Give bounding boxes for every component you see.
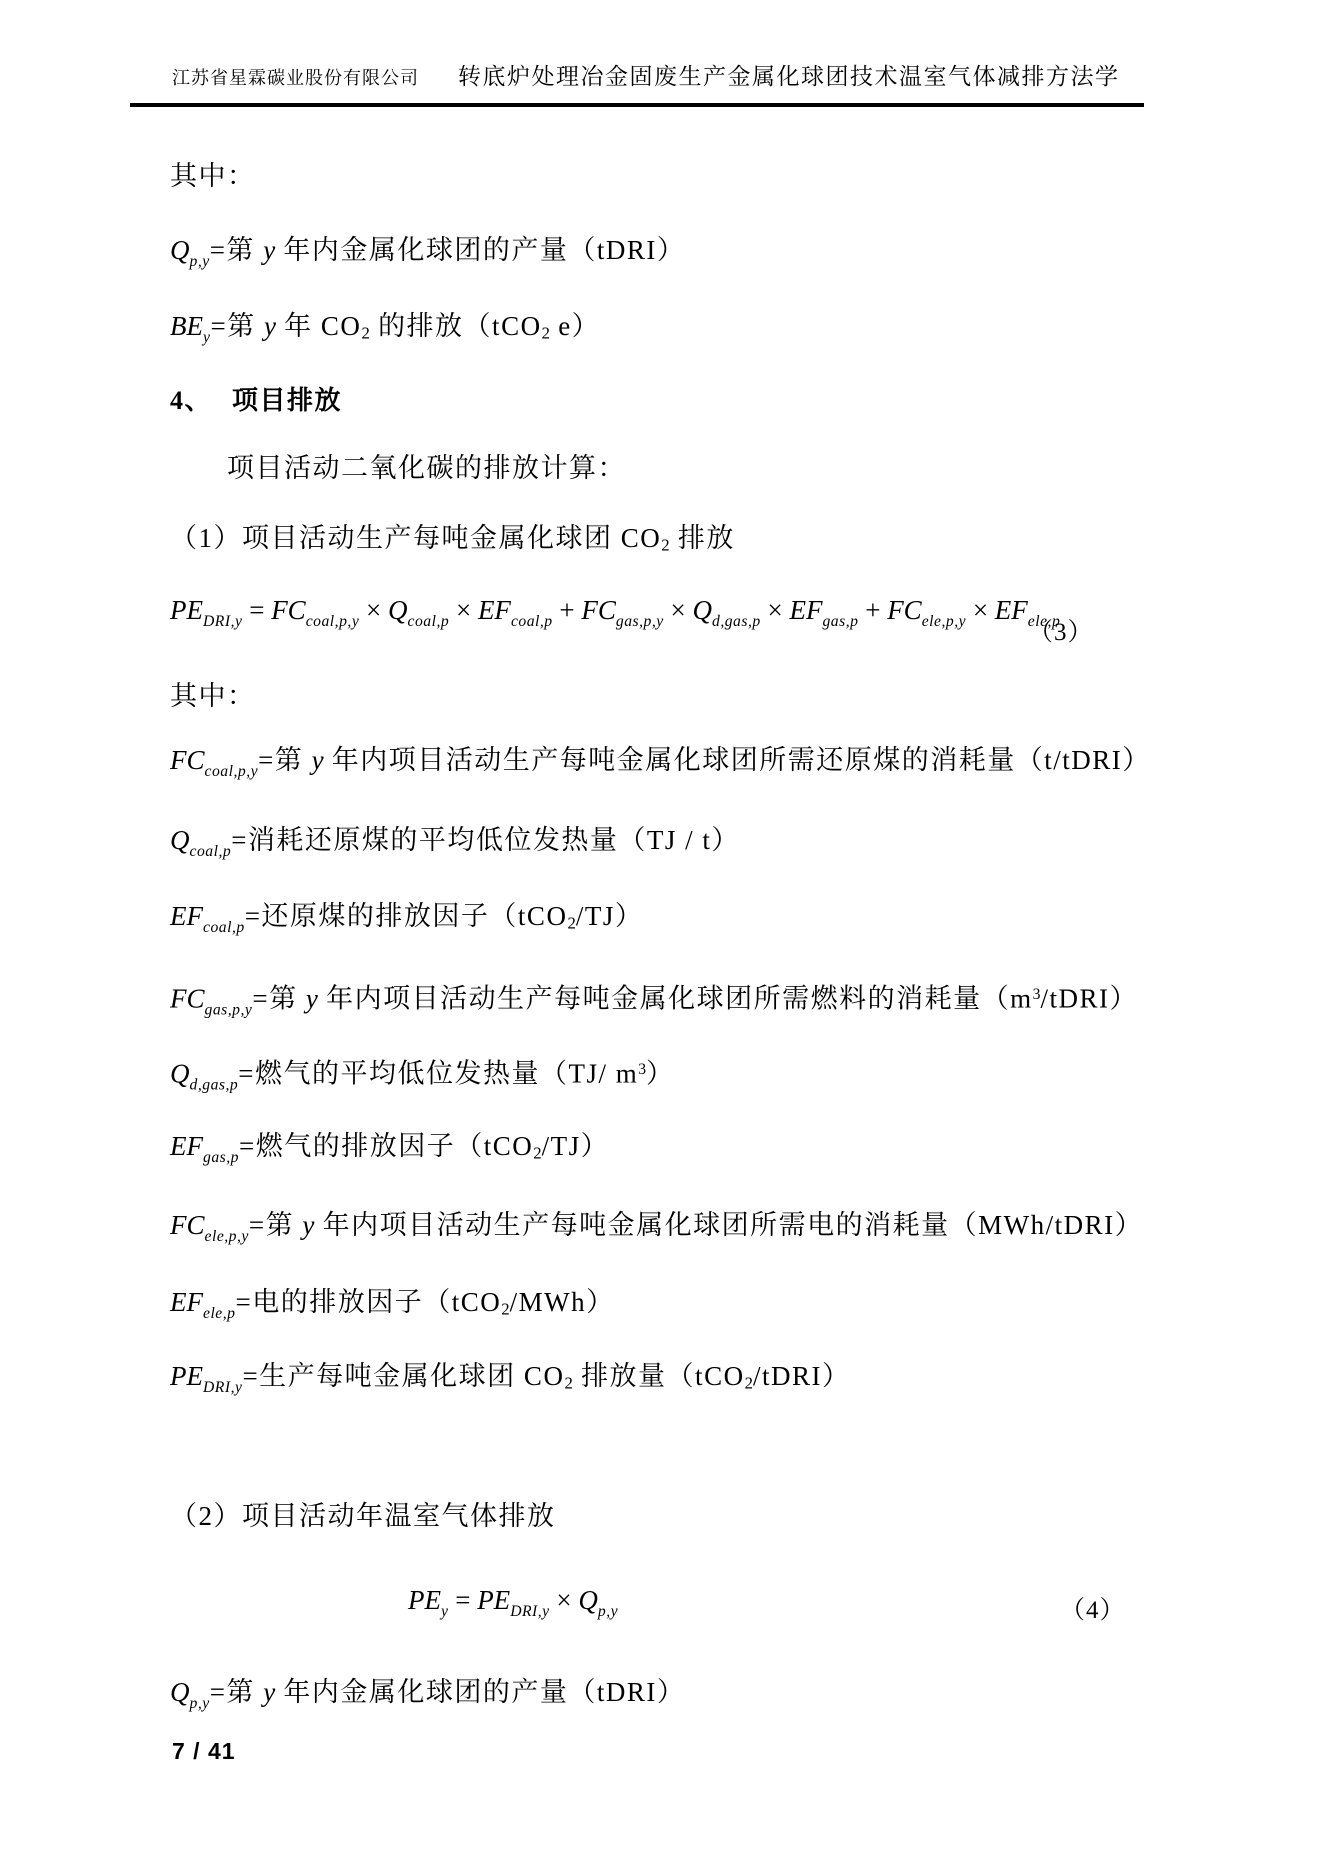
header-company-name: 江苏省星霖碳业股份有限公司 <box>172 64 419 90</box>
def-FCele: FCele,p,y=第 y 年内项目活动生产每吨金属化球团所需电的消耗量（MWh… <box>170 1207 1143 1255</box>
formula-4: PEy = PEDRI,y × Qp,y <box>408 1582 618 1630</box>
document-page: 江苏省星霖碳业股份有限公司 转底炉处理冶金固废生产金属化球团技术温室气体减排方法… <box>0 0 1323 1871</box>
def-Qcoal: Qcoal,p=消耗还原煤的平均低位发热量（TJ / t） <box>170 822 740 870</box>
def-BEy: BEy=第 y 年 CO2 的排放（tCO2 e） <box>170 308 600 356</box>
header-separator-line <box>130 103 1144 107</box>
def-EFele: EFele,p=电的排放因子（tCO2/MWh） <box>170 1284 615 1332</box>
def-FCcoal: FCcoal,p,y=第 y 年内项目活动生产每吨金属化球团所需还原煤的消耗量（… <box>170 742 1151 790</box>
header-doc-title: 转底炉处理冶金固废生产金属化球团技术温室气体减排方法学 <box>458 58 1120 91</box>
def-PEDRI: PEDRI,y=生产每吨金属化球团 CO2 排放量（tCO2/tDRI） <box>170 1358 850 1406</box>
def-EFcoal: EFcoal,p=还原煤的排放因子（tCO2/TJ） <box>170 898 643 946</box>
def-Qpy-bottom: Qp,y=第 y 年内金属化球团的产量（tDRI） <box>170 1674 685 1722</box>
def-Qdgas: Qd,gas,p=燃气的平均低位发热量（TJ/ m3） <box>170 1052 675 1104</box>
para-qizhong-2: 其中： <box>170 678 256 714</box>
para-item-2: （2）项目活动年温室气体排放 <box>170 1498 556 1534</box>
def-EFgas: EFgas,p=燃气的排放因子（tCO2/TJ） <box>170 1128 609 1176</box>
para-project-co2-calc: 项目活动二氧化碳的排放计算： <box>227 450 626 486</box>
para-item-1: （1）项目活动生产每吨金属化球团 CO2 排放 <box>170 520 735 564</box>
page-number: 7 / 41 <box>172 1738 236 1765</box>
def-FCgas: FCgas,p,y=第 y 年内项目活动生产每吨金属化球团所需燃料的消耗量（m3… <box>170 977 1138 1029</box>
def-Qpy-top: Qp,y=第 y 年内金属化球团的产量（tDRI） <box>170 232 685 280</box>
equation-3-number: （3） <box>1028 612 1094 648</box>
equation-4-number: （4） <box>1060 1590 1126 1626</box>
heading-section-4: 4、项目排放 <box>170 383 342 419</box>
formula-3: PEDRI,y = FCcoal,p,y × Qcoal,p × EFcoal,… <box>170 592 1060 640</box>
para-qizhong-1: 其中： <box>170 158 256 194</box>
